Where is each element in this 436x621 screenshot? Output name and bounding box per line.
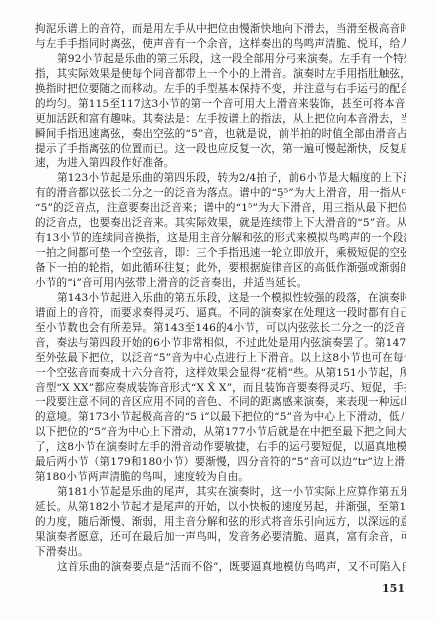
text-line: 的泛音点，也要奏出泛音来。其实际效果，就是连续带上下大滑音的“5̇”音。从第12… bbox=[35, 216, 406, 231]
text-line: 有13小节的连续同音换指，这是用主音分解和弦的形式来模拟鸟鸣声的一个段落；在演奏… bbox=[35, 231, 406, 246]
text-line: 果演奏者愿意，还可在最后加一声鸟叫，发音务必要清脆、逼真，富有余音，可用三指按极… bbox=[35, 530, 406, 545]
text-line: 换指时把位要随之而移动。左手的手型基本保持不变，并注意与右手运弓的配合，以及同音… bbox=[35, 82, 406, 97]
text-line: 了，这8小节在演奏时左手的滑音动作要敏捷，右手的运弓要短促，以逼真地模拟鸟鸣声为… bbox=[35, 440, 406, 455]
text-line: 提示了手指离弦的位置而已。这一段也应反复一次，第一遍可慢起渐快，反复后不慢起，并… bbox=[35, 142, 406, 157]
text-line: 更加活跃和富有趣味。其奏法是：左手按谱上的指法，从上把位向本音滑去，当滑到本音音… bbox=[35, 112, 406, 127]
text-line: 有的滑音都以弦长二分之一的泛音为落点。谱中的“5̣⁵”为大上滑音，用一指从中把位… bbox=[35, 186, 406, 201]
text-line: 音，奏法与第四段开始的6小节非常相似，不过此处是用内弦演奏罢了。第147至150… bbox=[35, 336, 406, 351]
text-line: 一段要注意不同的音区应用不同的音色、不同的距离感来演奏，来表现一种远山近谷、群鸟… bbox=[35, 395, 406, 410]
text-line: 延长。从第182小节起才是尾声的开始，以小快板的速度另起，并渐强，至第188小节… bbox=[35, 500, 406, 515]
text-line: 音型“X XX”都应奏成装饰音形式“X X̆ X”，而且装饰音要奏得灵巧、短促，… bbox=[35, 381, 406, 396]
body-text: 拘泥乐谱上的音符，而是用左手从中把位由慢渐快地向下滑去，当滑至极高音时，弓子骤停… bbox=[35, 22, 406, 575]
text-line: 至小节数也会有所差异。第143至146的4小节，可以内弦弦长二分之一的泛音点为中… bbox=[35, 321, 406, 336]
page-number: 151 bbox=[382, 582, 405, 595]
text-line: 备下一拍的轮指，如此循环往复；此外，要根据旋律音区的高低作渐强或渐弱的力度变化。… bbox=[35, 261, 406, 276]
text-line: 与左手手指同时离弦，使声音有一个余音，这样奏出的鸟鸣声清脆、悦耳，给人以身临其境… bbox=[35, 37, 406, 52]
text-line: 第180小节两声清脆的鸟叫，速度较为自由。 bbox=[35, 470, 406, 485]
text-line: 下滑奏出。 bbox=[35, 545, 406, 560]
text-line: 速，为进入第四段作好准备。 bbox=[35, 156, 406, 171]
document-page: 拘泥乐谱上的音符，而是用左手从中把位由慢渐快地向下滑去，当滑至极高音时，弓子骤停… bbox=[0, 0, 436, 621]
text-line: 的均匀。第115至117这3小节的第一个音可用大上滑音来装饰，甚至可将本音隐没，… bbox=[35, 97, 406, 112]
text-line: 指，其实际效果是使每个同音都带上一个小的上滑音。演奏时左手用指肚触弦，轮流从弦上… bbox=[35, 67, 406, 82]
paragraph-first-line: 第92小节起是乐曲的第三乐段，这一段全部用分弓来演奏。左手有一个特殊的技巧就是同… bbox=[35, 52, 406, 67]
paragraph-first-line: 第123小节起是乐曲的第四乐段，转为2/4拍子，前6小节是大幅度的上下滑音，具体… bbox=[35, 171, 406, 186]
text-line: 以下把位的“5̇”音为中心上下滑动，从第177小节后就是在中把至最下把之间大幅度… bbox=[35, 425, 406, 440]
paragraph-first-line: 这首乐曲的演奏要点是“活而不俗”，既要逼真地模仿鸟鸣声，又不可陷入自然主义模拟的 bbox=[35, 560, 406, 575]
text-line: 瞬间手指迅速离弦，奏出空弦的“5”音，也就是说，前半拍的时值全部由滑音占去，本音… bbox=[35, 127, 406, 142]
text-line: 的力度，随后渐慢、渐弱，用主音分解和弦的形式将音乐引向远方，以深远的意境来结束全… bbox=[35, 515, 406, 530]
text-line: 拘泥乐谱上的音符，而是用左手从中把位由慢渐快地向下滑去，当滑至极高音时，弓子骤停… bbox=[35, 22, 406, 37]
paragraph-first-line: 第181小节起是乐曲的尾声，其实在演奏时，这一小节实际上应算作第五乐段的尾音，可… bbox=[35, 485, 406, 500]
text-line: 小节的“i̇”音可用内弦带上滑音的泛音奏出，并适当延长。 bbox=[35, 276, 406, 291]
text-line: 一拍之间都可垫一个空弦音，即：三个手指迅速一轮立即放开，乘极短促的空弦音时把位移… bbox=[35, 246, 406, 261]
text-line: 最后两小节（第179和180小节）要渐慢，四分音符的“5̇”音可以边“tr”边上… bbox=[35, 455, 406, 470]
text-line: “5̇”的泛音点，注意要奏出泛音来；谱中的“1⁵”为大下滑音，用三指从最下把位滑… bbox=[35, 201, 406, 216]
text-line: 谱面上的音符，而要求奏得灵巧、逼真。不同的演奏家在处理这一段时都有自己独特的奏法… bbox=[35, 306, 406, 321]
paragraph-first-line: 第143小节起进入乐曲的第五乐段，这是一个模拟性较强的段落，在演奏时不要过分地拘… bbox=[35, 291, 406, 306]
text-line: 至外弦最下把位，以泛音“5̇”音为中心点进行上下滑音。以上这8小节也可在每个音之… bbox=[35, 351, 406, 366]
text-line: 的意境。第173小节起极高音的“5̇ i̇”以最下把位的“5̇”音为中心上下滑动… bbox=[35, 410, 406, 425]
text-line: 一个空弦音而奏成十六分音符，这样效果会显得“花梢”些。从第151小节起，所有的后… bbox=[35, 366, 406, 381]
